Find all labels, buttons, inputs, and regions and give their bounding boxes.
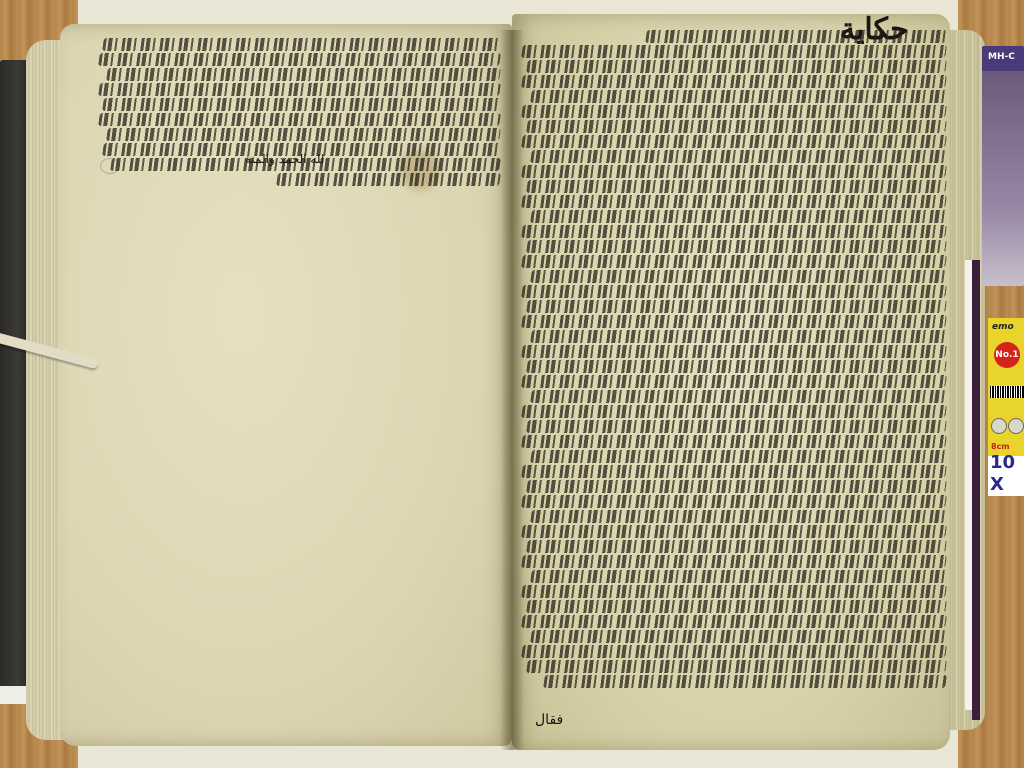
purple-package-label: MH-C xyxy=(988,52,1015,62)
barcode-icon xyxy=(990,386,1024,398)
no1-badge: No.1 xyxy=(994,342,1020,368)
package-multiplier: X xyxy=(990,474,1004,495)
purple-package xyxy=(982,46,1024,286)
closing-phrase: لله الحمد والمنة xyxy=(245,152,324,166)
package-brand: emo xyxy=(992,322,1014,332)
right-page-text-block xyxy=(518,20,946,720)
white-paper-edge xyxy=(965,260,972,710)
product-circle-icon xyxy=(991,418,1007,434)
yellow-package: emo No.1 8cm 10 X xyxy=(988,318,1024,496)
left-page-text-block xyxy=(95,38,500,158)
product-circle-icon xyxy=(1008,418,1024,434)
purple-edge xyxy=(972,260,980,720)
package-count: 10 xyxy=(990,452,1015,473)
catchword: فقال xyxy=(535,712,563,728)
package-size: 8cm xyxy=(991,442,1010,451)
